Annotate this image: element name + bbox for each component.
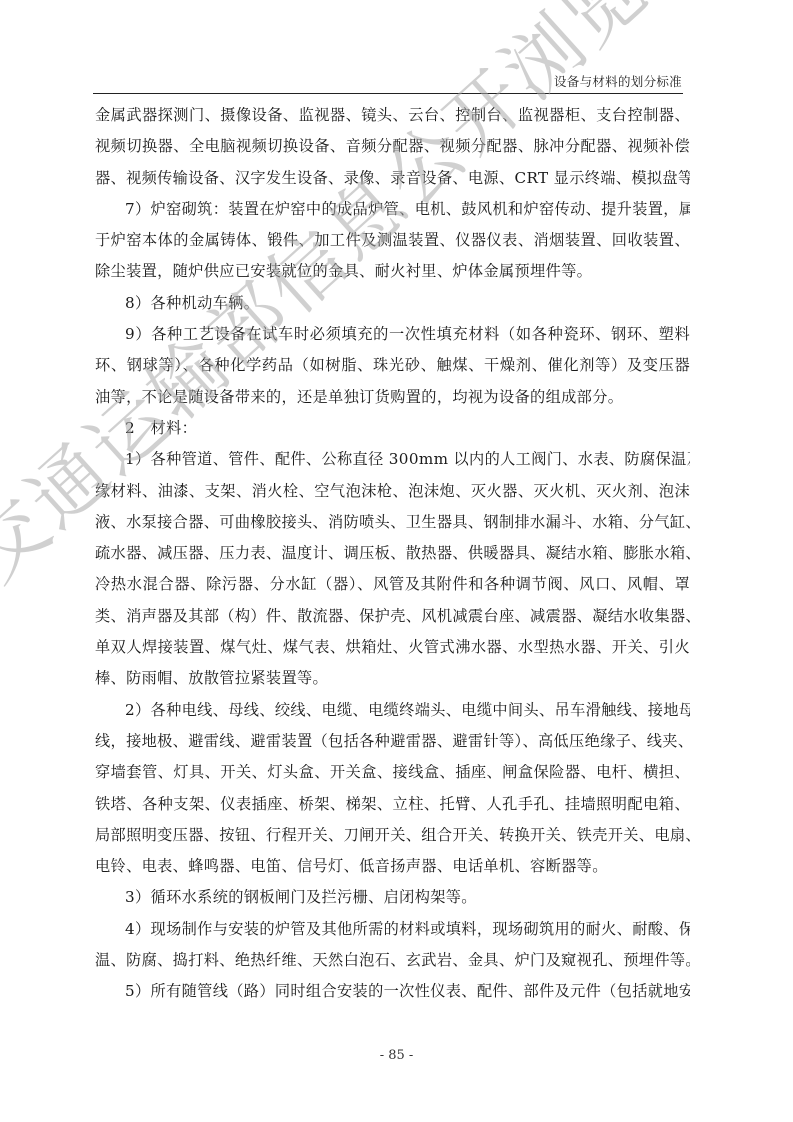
text-line: 局部照明变压器、按钮、行程开关、刀闸开关、组合开关、转换开关、铁壳开关、电扇、 (95, 820, 690, 851)
text-line: 9）各种工艺设备在试车时必须填充的一次性填充材料（如各种瓷环、钢环、塑料 (95, 319, 690, 350)
text-line: 穿墙套管、灯具、开关、灯头盒、开关盒、接线盒、插座、闸盒保险器、电杆、横担、 (95, 757, 690, 788)
text-line: 铁塔、各种支架、仪表插座、桥架、梯架、立柱、托臂、人孔手孔、挂墙照明配电箱、 (95, 789, 690, 820)
text-line: 冷热水混合器、除污器、分水缸（器）、风管及其附件和各种调节阀、风口、风帽、罩 (95, 569, 690, 600)
text-line: 电铃、电表、蜂鸣器、电笛、信号灯、低音扬声器、电话单机、容断器等。 (95, 851, 690, 882)
header-rule (93, 93, 683, 94)
text-line: 棒、防雨帽、放散管拉紧装置等。 (95, 663, 690, 694)
text-line: 5）所有随管线（路）同时组合安装的一次性仪表、配件、部件及元件（包括就地安 (95, 976, 690, 1007)
body-text: 金属武器探测门、摄像设备、监视器、镜头、云台、控制台、监视器柜、支台控制器、 视… (95, 100, 690, 1008)
text-line: 温、防腐、捣打料、绝热纤维、天然白泡石、玄武岩、金具、炉门及窥视孔、预埋件等。 (95, 945, 690, 976)
text-line: 4）现场制作与安装的炉管及其他所需的材料或填料，现场砌筑用的耐火、耐酸、保 (95, 914, 690, 945)
text-line: 除尘装置，随炉供应已安装就位的金具、耐火衬里、炉体金属预埋件等。 (95, 256, 690, 287)
running-header: 设备与材料的划分标准 (93, 72, 682, 90)
text-line: 视频切换器、全电脑视频切换设备、音频分配器、视频分配器、脉冲分配器、视频补偿 (95, 131, 690, 162)
text-line: 8）各种机动车辆。 (95, 288, 690, 319)
text-line: 于炉窑本体的金属铸体、锻件、加工件及测温装置、仪器仪表、消烟装置、回收装置、 (95, 225, 690, 256)
text-line: 环、钢球等）、各种化学药品（如树脂、珠光砂、触煤、干燥剂、催化剂等）及变压器 (95, 350, 690, 381)
section-heading: 2 材料： (95, 413, 690, 444)
page-number: - 85 - (0, 1048, 793, 1063)
text-line: 线，接地极、避雷线、避雷装置（包括各种避雷器、避雷针等）、高低压绝缘子、线夹、 (95, 726, 690, 757)
text-line: 器、视频传输设备、汉字发生设备、录像、录音设备、电源、CRT 显示终端、模拟盘等… (95, 163, 690, 194)
text-line: 7）炉窑砌筑：装置在炉窑中的成品炉管、电机、鼓风机和炉窑传动、提升装置，属 (95, 194, 690, 225)
text-line: 缘材料、油漆、支架、消火栓、空气泡沫枪、泡沫炮、灭火器、灭火机、灭火剂、泡沫 (95, 476, 690, 507)
text-line: 疏水器、减压器、压力表、温度计、调压板、散热器、供暖器具、凝结水箱、膨胀水箱、 (95, 538, 690, 569)
text-line: 2）各种电线、母线、绞线、电缆、电缆终端头、电缆中间头、吊车滑触线、接地母 (95, 695, 690, 726)
text-line: 类、消声器及其部（构）件、散流器、保护壳、风机减震台座、减震器、凝结水收集器、 (95, 601, 690, 632)
text-line: 1）各种管道、管件、配件、公称直径 300mm 以内的人工阀门、水表、防腐保温及… (95, 444, 690, 475)
document-page: 设备与材料的划分标准 金属武器探测门、摄像设备、监视器、镜头、云台、控制台、监视… (0, 0, 793, 1122)
text-line: 3）循环水系统的钢板闸门及拦污栅、启闭构架等。 (95, 882, 690, 913)
text-line: 液、水泵接合器、可曲橡胶接头、消防喷头、卫生器具、钢制排水漏斗、水箱、分气缸、 (95, 507, 690, 538)
text-line: 油等，不论是随设备带来的，还是单独订货购置的，均视为设备的组成部分。 (95, 382, 690, 413)
text-line: 单双人焊接装置、煤气灶、煤气表、烘箱灶、火管式沸水器、水型热水器、开关、引火 (95, 632, 690, 663)
text-line: 金属武器探测门、摄像设备、监视器、镜头、云台、控制台、监视器柜、支台控制器、 (95, 100, 690, 131)
